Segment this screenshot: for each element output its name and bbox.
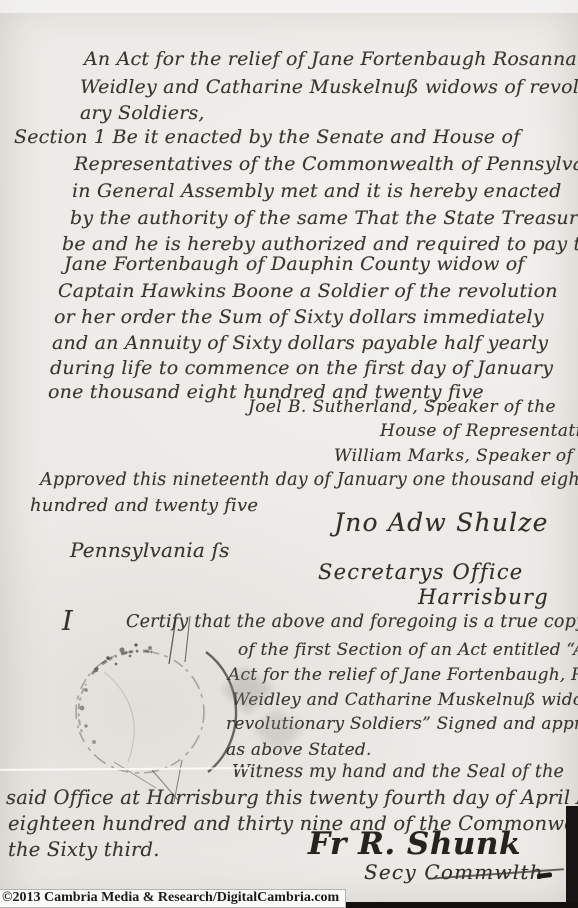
pennsylvania-ss-line: Pennsylvania ſs — [70, 538, 230, 562]
approval-line-2: hundred and twenty five — [30, 495, 258, 516]
speaker-house-name: Joel B. Sutherland, Speaker of the — [248, 397, 556, 417]
section-line-7: Captain Hawkins Boone a Soldier of the r… — [58, 280, 558, 302]
scan-crease — [0, 767, 250, 771]
scanned-manuscript-page: An Act for the relief of Jane Fortenbaug… — [0, 0, 578, 908]
witness-line-2: said Office at Harrisburg this twenty fo… — [6, 786, 578, 809]
act-title-line-2: Weidley and Catharine Muskelnuß widows o… — [80, 76, 578, 98]
act-title-line-1: An Act for the relief of Jane Fortenbaug… — [84, 48, 577, 70]
signature-secretary-shunk: Fr R. Shunk — [308, 826, 521, 862]
certify-initial-i: I — [62, 606, 73, 637]
certify-line-4: Weidley and Catharine Muskelnuß widows o… — [232, 690, 578, 710]
act-title-line-3: ary Soldiers, — [80, 102, 205, 124]
certify-line-1: Certify that the above and foregoing is … — [126, 612, 578, 632]
section-line-9: and an Annuity of Sixty dollars payable … — [52, 332, 548, 354]
section-line-1: Section 1 Be it enacted by the Senate an… — [14, 126, 520, 148]
section-line-3: in General Assembly met and it is hereby… — [72, 180, 561, 202]
section-line-8: or her order the Sum of Sixty dollars im… — [54, 306, 544, 328]
harrisburg-line: Harrisburg — [418, 585, 549, 609]
witness-line-4: the Sixty third. — [8, 838, 160, 861]
certify-line-3: Act for the relief of Jane Fortenbaugh, … — [228, 665, 578, 685]
approval-line-1: Approved this nineteenth day of January … — [40, 470, 578, 490]
section-line-10: during life to commence on the first day… — [50, 357, 553, 379]
section-line-2: Representatives of the Commonwealth of P… — [74, 153, 578, 175]
speaker-house-title: House of Representatives — [380, 421, 578, 441]
section-line-6: Jane Fortenbaugh of Dauphin County widow… — [64, 253, 525, 275]
scan-edge-right — [566, 806, 578, 908]
signature-governor-shulze: Jno Adw Shulze — [334, 508, 549, 537]
certify-line-6: as above Stated. — [226, 740, 372, 760]
section-line-4: by the authority of the same That the St… — [70, 207, 578, 229]
witness-line-1: Witness my hand and the Seal of the — [232, 762, 564, 782]
ink-dash-mark — [537, 872, 552, 879]
secretarys-office-line: Secretarys Office — [318, 560, 523, 584]
speaker-senate-line: William Marks, Speaker of the Senate — [334, 446, 578, 466]
certify-line-2: of the first Section of an Act entitled … — [238, 640, 578, 660]
section-line-5: be and he is hereby authorized and requi… — [62, 233, 578, 255]
certify-line-5: revolutionary Soldiers” Signed and appro… — [226, 714, 578, 734]
copyright-watermark: ©2013 Cambria Media & Research/DigitalCa… — [0, 889, 346, 908]
